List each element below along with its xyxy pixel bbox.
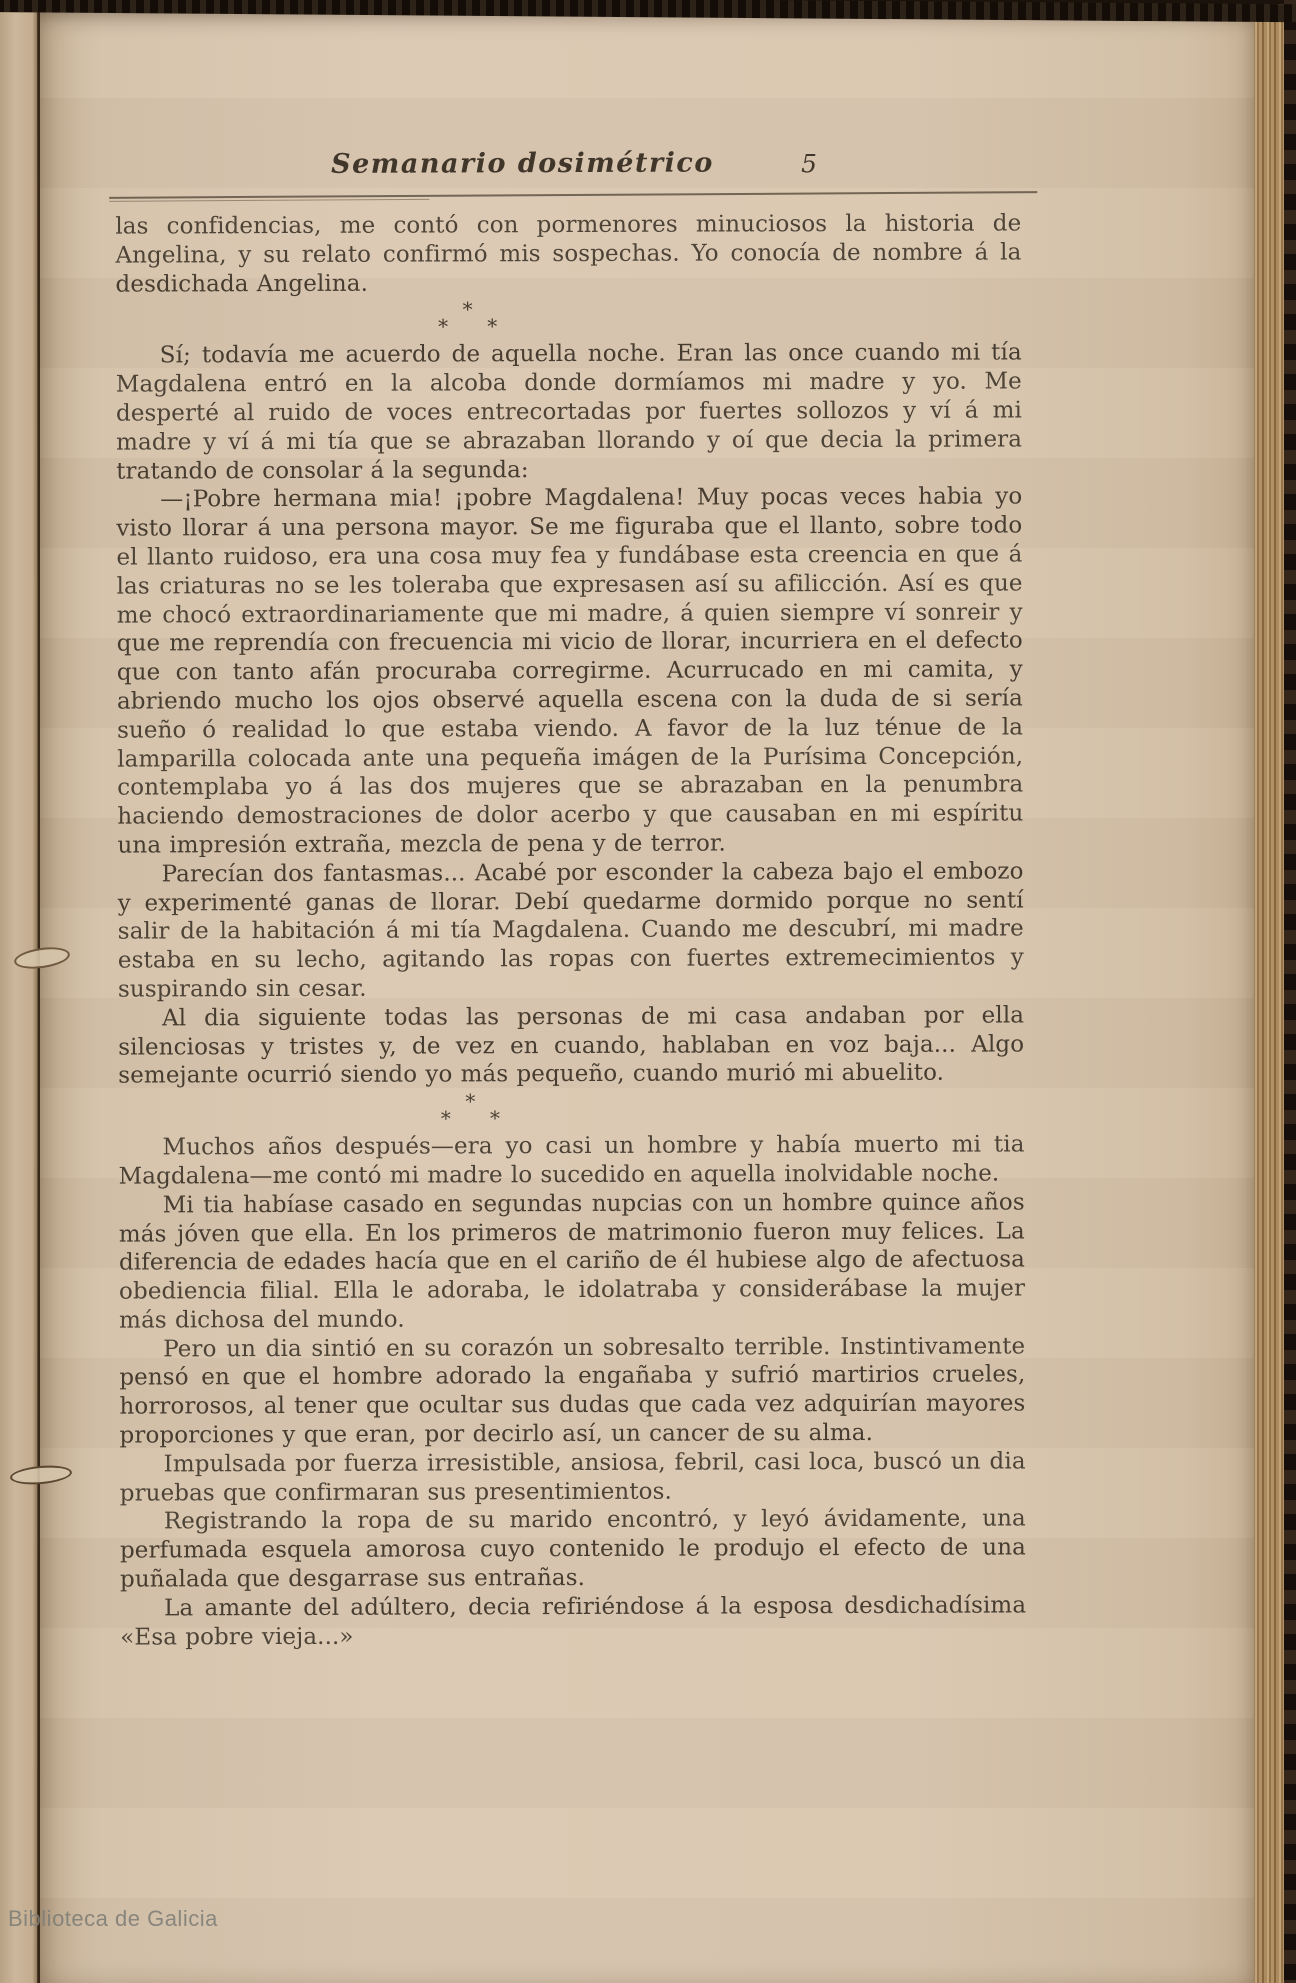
- paragraph: Pero un dia sintió en su corazón un sobr…: [119, 1332, 1025, 1450]
- header-rule: [109, 191, 1037, 199]
- page-edges-band: [1254, 4, 1285, 1983]
- paragraph: Al dia siguiente todas las personas de m…: [118, 1001, 1024, 1091]
- separator-asterisks-bottom: * *: [328, 318, 608, 336]
- journal-title: Semanario dosimétrico: [331, 147, 714, 179]
- paragraph: Registrando la ropa de su marido encontr…: [120, 1505, 1026, 1595]
- page-content: Semanario dosimétrico 5 las confidencias…: [115, 6, 1028, 1983]
- page-number: 5: [801, 149, 817, 178]
- section-separator: ** *: [330, 1093, 610, 1128]
- paragraph: Parecían dos fantasmas... Acabé por esco…: [118, 857, 1024, 1004]
- paragraph: Muchos años después—era yo casi un hombr…: [118, 1131, 1024, 1192]
- paragraph: Mi tia habíase casado en segundas nupcia…: [119, 1188, 1025, 1335]
- section-separator: ** *: [328, 301, 608, 336]
- book-scan: Semanario dosimétrico 5 las confidencias…: [0, 0, 1296, 1983]
- paragraph: Impulsada por fuerza irresistible, ansio…: [120, 1447, 1026, 1508]
- adjacent-page-edge: [0, 5, 38, 1983]
- text-area: las confidencias, me contó con pormenore…: [115, 209, 1026, 1652]
- separator-asterisks-bottom: * *: [330, 1110, 610, 1128]
- library-watermark: Biblioteca de Galicia: [8, 1906, 218, 1932]
- paragraph: La amante del adúltero, decia refiriéndo…: [120, 1591, 1026, 1652]
- paragraph: Sí; todavía me acuerdo de aquella noche.…: [116, 339, 1022, 486]
- page-surface: Semanario dosimétrico 5 las confidencias…: [40, 8, 1254, 1983]
- cover-edge: [1284, 0, 1296, 1983]
- paragraph: las confidencias, me contó con pormenore…: [115, 209, 1021, 299]
- paragraph: —¡Pobre hermana mia! ¡pobre Magdalena! M…: [116, 483, 1023, 861]
